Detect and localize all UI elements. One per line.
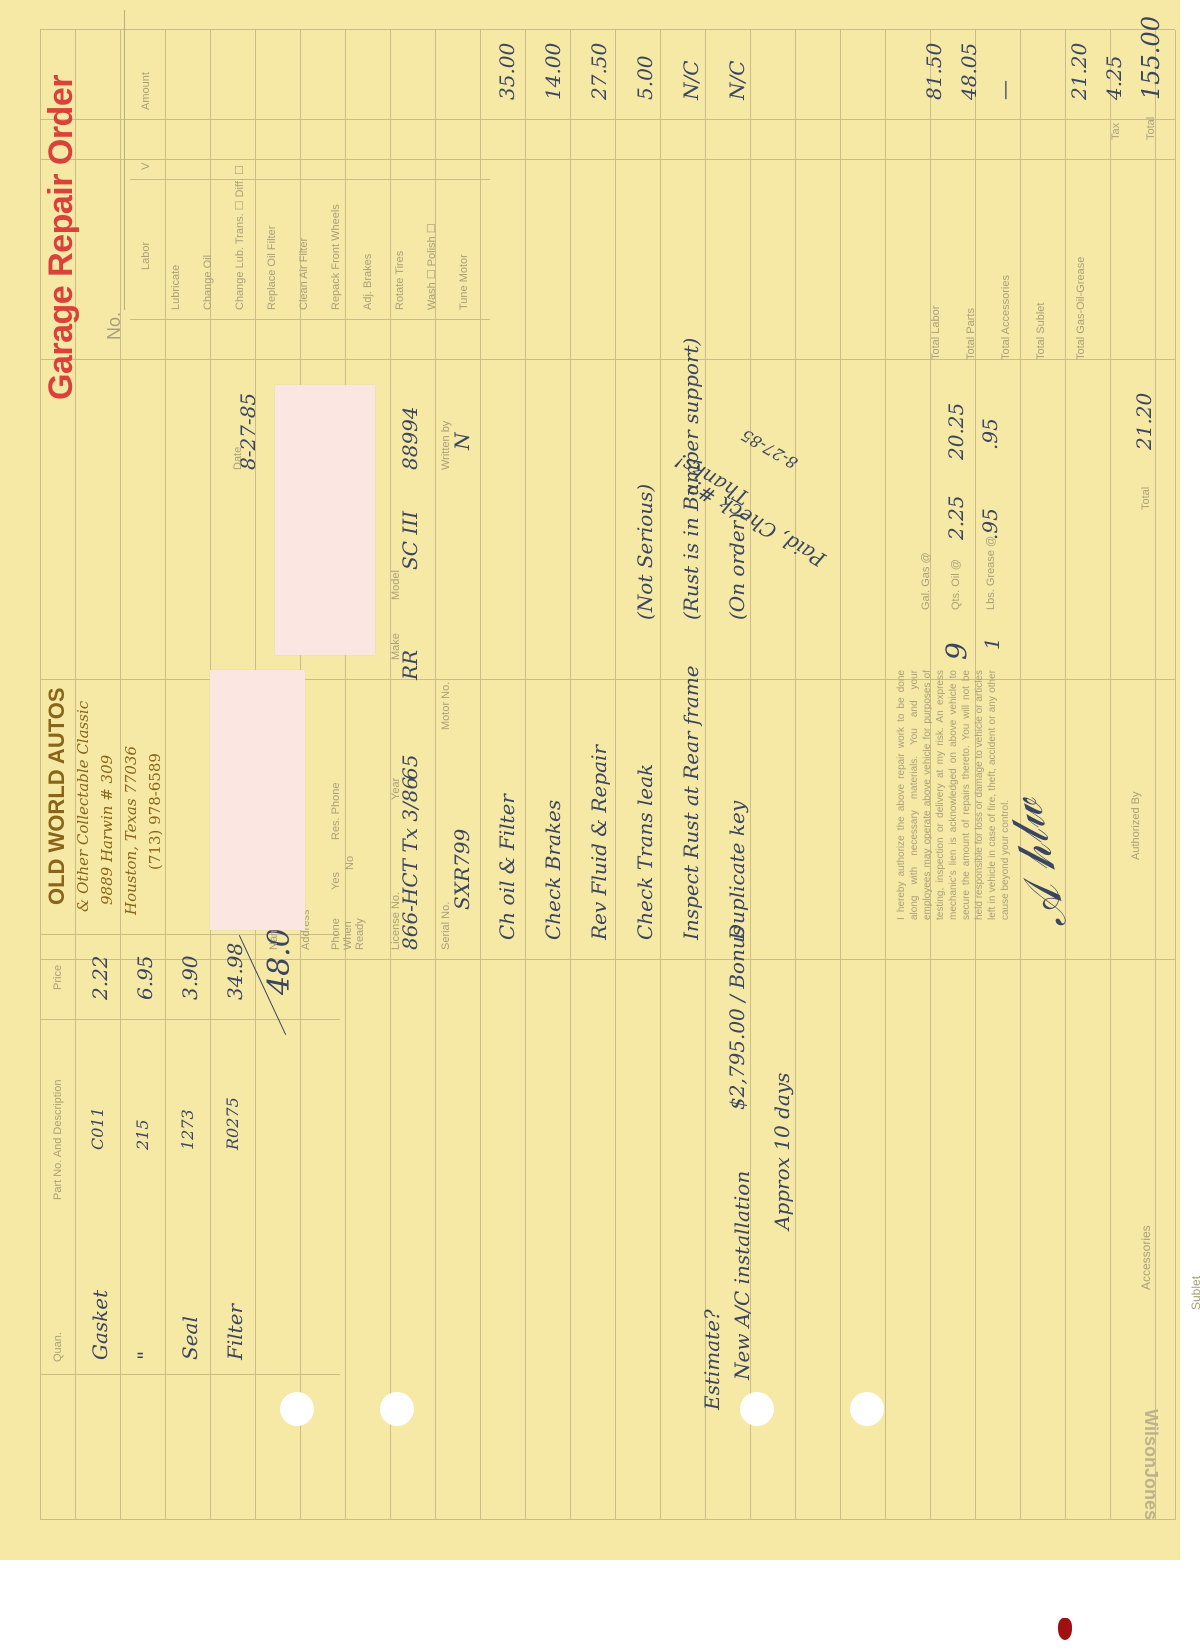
total-sublet-label: Total Sublet <box>1035 303 1047 360</box>
labor-checklist-item[interactable]: Adj. Brakes <box>362 254 374 310</box>
form-rule <box>390 30 391 1520</box>
model-value: SC III <box>398 511 422 570</box>
work-line-note: (Not Serious) <box>633 484 657 620</box>
work-line-description: Ch oil & Filter <box>495 794 519 940</box>
form-rule <box>525 30 526 1520</box>
grease-rate: .95 <box>978 508 1002 540</box>
parts-row-description: Gasket <box>88 1290 112 1360</box>
work-line-description: Inspect Rust at Rear frame <box>679 665 703 940</box>
labor-checklist-item[interactable]: Repack Front Wheels <box>330 204 342 310</box>
license-value: 866-HCT Tx 3/86 <box>398 777 422 950</box>
grease-amount: .95 <box>978 418 1002 450</box>
labor-checklist-item[interactable]: Wash ☐ Polish ☐ <box>426 223 438 310</box>
form-rule <box>1175 30 1176 1520</box>
form-rule <box>1155 30 1156 1520</box>
parts-row-description: Filter <box>223 1304 247 1360</box>
labor-checklist-item[interactable]: Change Oil <box>202 255 214 310</box>
form-rule <box>120 30 121 1520</box>
form-rule <box>840 30 841 1520</box>
parts-price-header: Price <box>52 965 64 990</box>
form-rule <box>165 30 166 1520</box>
total-labor-label: Total Labor <box>930 306 942 360</box>
grease-label: Lbs. Grease @ <box>985 536 997 610</box>
binder-hole <box>380 1392 414 1426</box>
work-line-amount: N/C <box>725 60 749 100</box>
estimate-line2: Approx 10 days <box>770 1073 794 1230</box>
authorized-by-label: Authorized By <box>1130 792 1142 860</box>
estimate-line1: New A/C installation <box>730 1171 754 1380</box>
form-rule <box>1065 30 1066 1520</box>
res-phone-label: Res. Phone <box>330 783 342 840</box>
form-rule <box>345 30 346 1520</box>
shop-phone: (713) 978-6589 <box>146 753 164 870</box>
order-number-label: No. <box>104 312 125 340</box>
mileage-value: 88994 <box>398 406 422 470</box>
tax-label: Tax <box>1110 123 1122 140</box>
parts-qty-header: Quan. <box>52 1332 64 1362</box>
year-value: 65 <box>398 755 422 780</box>
shop-city: Houston, Texas 77036 <box>122 746 140 915</box>
redaction-customer-name <box>210 670 305 930</box>
shop-tagline: & Other Collectable Classic <box>74 701 92 912</box>
binder-hole <box>740 1392 774 1426</box>
form-rule <box>660 30 661 1520</box>
parts-row-part-no: C011 <box>88 1107 107 1150</box>
labor-header: Labor <box>140 242 152 270</box>
total-parts-label: Total Parts <box>965 308 977 360</box>
parts-row-price: 2.22 <box>88 955 112 1000</box>
form-rule <box>40 29 1175 30</box>
parts-row-part-no: 215 <box>133 1119 152 1150</box>
parts-description-header: Part No. And Description <box>52 1080 64 1200</box>
total-gog-label: Total Gas-Oil-Grease <box>1075 257 1087 360</box>
work-line-description: Check Trans leak <box>633 764 657 940</box>
repair-order-sheet: Garage Repair Order No. OLD WORLD AUTOS … <box>0 0 1180 1560</box>
labor-checklist-item[interactable]: Tune Motor <box>458 254 470 310</box>
form-rule <box>570 30 571 1520</box>
form-rule <box>130 179 490 180</box>
form-rule <box>40 1019 340 1020</box>
total-labor: 81.50 <box>922 43 946 100</box>
total-accessories-label: Total Accessories <box>1000 275 1012 360</box>
work-line-amount: 5.00 <box>633 55 657 100</box>
shop-street: 9889 Harwin # 309 <box>98 755 116 905</box>
work-line-amount: 27.50 <box>587 43 611 100</box>
tax-value: 4.25 <box>1102 55 1126 100</box>
date-value: 8-27-85 <box>236 393 260 470</box>
grand-total: 155.00 <box>1137 16 1165 100</box>
paid-note-date: 8-27-85 <box>738 425 801 472</box>
amount-header: Amount <box>140 72 152 110</box>
work-line-amount: N/C <box>679 60 703 100</box>
work-line-description: Rev Fluid & Repair <box>587 745 611 940</box>
form-rule <box>795 30 796 1520</box>
parts-row-price: 6.95 <box>133 955 157 1000</box>
written-by-value: N <box>450 433 474 451</box>
grand-total-label: Total <box>1145 117 1157 140</box>
redaction-customer-address <box>275 385 375 655</box>
paid-note-check: Paid, Check #? <box>684 474 829 572</box>
form-rule <box>130 319 490 320</box>
phone-yes-checkbox[interactable]: Yes <box>330 872 342 890</box>
form-rule <box>1020 30 1021 1520</box>
form-rule <box>40 1519 1175 1520</box>
oil-qty: 9 <box>940 642 973 660</box>
check-header: V <box>140 163 152 170</box>
sublet-section-label: Sublet <box>1190 1276 1200 1310</box>
authorization-text: I hereby authorize the above repair work… <box>895 670 1012 920</box>
ink-blot <box>1058 1618 1072 1640</box>
estimate-label: Estimate? <box>700 1309 724 1410</box>
make-value: RR <box>398 650 422 680</box>
estimate-line1-amount: $2,795.00 / Bonus <box>725 926 749 1110</box>
year-label: Year <box>390 778 402 800</box>
phone-when-ready-label: Phone When Ready <box>330 910 366 950</box>
model-label: Model <box>390 570 402 600</box>
labor-checklist-item[interactable]: Rotate Tires <box>394 251 406 310</box>
binder-hole <box>850 1392 884 1426</box>
order-number-field[interactable] <box>124 10 125 310</box>
labor-checklist-item[interactable]: Change Lub. Trans. ☐ Diff. ☐ <box>234 165 246 310</box>
work-line-amount: 14.00 <box>541 43 565 100</box>
gog-total-label: Total <box>1140 487 1152 510</box>
grease-qty: 1 <box>980 637 1004 650</box>
total-parts: 48.05 <box>957 43 981 100</box>
total-gog: 21.20 <box>1067 43 1091 100</box>
brand-footer: WilsonJones <box>1140 1409 1161 1520</box>
parts-row-price: 3.90 <box>178 955 202 1000</box>
oil-label: Qts. Oil @ <box>950 559 962 610</box>
binder-hole <box>280 1392 314 1426</box>
form-rule <box>480 30 481 1520</box>
work-line-amount: 35.00 <box>495 43 519 100</box>
parts-row-price: 34.98 <box>223 943 247 1000</box>
labor-checklist-item[interactable]: Lubricate <box>170 265 182 310</box>
serial-value: SXR799 <box>450 829 474 910</box>
parts-row-description: Seal <box>178 1316 202 1360</box>
form-rule <box>615 30 616 1520</box>
parts-row-part-no: R0275 <box>223 1097 242 1150</box>
labor-checklist-item[interactable]: Clean Air Filter <box>298 238 310 310</box>
form-rule <box>40 1374 340 1375</box>
parts-row-part-no: 1273 <box>178 1109 197 1150</box>
oil-rate: 2.25 <box>944 495 968 540</box>
form-title: Garage Repair Order <box>42 75 81 400</box>
form-rule <box>1110 30 1111 1520</box>
gog-total: 21.20 <box>1132 393 1156 450</box>
accessories-section-label: Accessories <box>1140 1225 1152 1290</box>
phone-no-checkbox[interactable]: No <box>344 856 356 870</box>
form-rule <box>885 30 886 1520</box>
labor-checklist-item[interactable]: Replace Oil Filter <box>266 226 278 310</box>
work-line-description: Check Brakes <box>541 800 565 940</box>
total-accessories: — <box>992 80 1016 100</box>
form-rule <box>40 30 41 1520</box>
oil-amount: 20.25 <box>944 403 968 460</box>
gas-label: Gal. Gas @ <box>920 552 932 610</box>
work-line-description: Duplicate key <box>725 801 749 940</box>
shop-name: OLD WORLD AUTOS <box>44 687 70 905</box>
form-rule <box>705 30 706 1520</box>
parts-row-description: " <box>133 1351 157 1360</box>
motor-label: Motor No. <box>440 682 452 730</box>
